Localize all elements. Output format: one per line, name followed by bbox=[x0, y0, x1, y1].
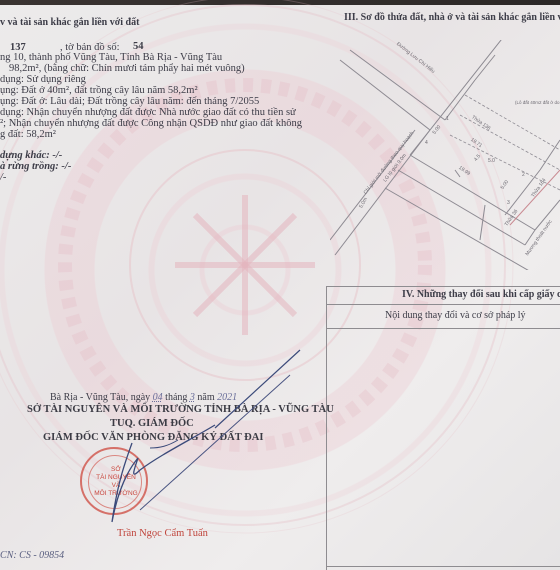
changes-table-title-row: IV. Những thay đổi sau khi cấp giấy c bbox=[327, 286, 560, 305]
map-point-1: 1 bbox=[446, 116, 449, 122]
changes-col-header: Nội dung thay đổi và cơ sở pháp lý bbox=[385, 310, 526, 322]
extra-line: /- bbox=[0, 172, 6, 184]
changes-table-header-row: Nội dung thay đổi và cơ sở pháp lý bbox=[327, 304, 560, 329]
map-dim-small-2: 5.0 bbox=[488, 158, 495, 164]
section-title-left: v và tài sản khác gắn liền với đất bbox=[0, 17, 139, 29]
map-label-note: (Lô đất 40m2 đất ở do chuyển mục đích) bbox=[515, 100, 560, 105]
changes-table-bottom-border bbox=[327, 566, 560, 567]
origin-line-3: g đất: 58,2m² bbox=[0, 129, 56, 141]
section-iii-title: III. Sơ đồ thửa đất, nhà ở và tài sản kh… bbox=[344, 12, 560, 24]
official-red-stamp: SỞ TÀI NGUYÊN VÀ MÔI TRƯỜNG bbox=[80, 447, 148, 515]
month-label: tháng bbox=[165, 392, 187, 403]
place-date-line: Bà Rịa - Vũng Tàu, ngày 04 tháng 3 năm 2… bbox=[50, 392, 237, 404]
office-title: GIÁM ĐỐC VĂN PHÒNG ĐĂNG KÝ ĐẤT ĐAI bbox=[43, 432, 263, 444]
year-label: năm bbox=[197, 392, 214, 403]
changes-table: IV. Những thay đổi sau khi cấp giấy c Nộ… bbox=[326, 286, 560, 570]
map-point-2: 2 bbox=[522, 172, 525, 178]
planted-forest: à rừng trồng: -/- bbox=[0, 161, 71, 173]
place-date-prefix: Bà Rịa - Vũng Tàu, ngày bbox=[50, 392, 150, 403]
serial-number: CN: CS - 09854 bbox=[0, 550, 64, 562]
sign-month: 3 bbox=[190, 392, 195, 403]
map-point-4: 4 bbox=[425, 140, 428, 146]
sign-year: 2021 bbox=[217, 392, 237, 403]
tuq-title: TUQ. GIÁM ĐỐC bbox=[110, 418, 194, 430]
sign-day: 04 bbox=[153, 392, 163, 403]
section-iv-title: IV. Những thay đổi sau khi cấp giấy c bbox=[402, 289, 560, 301]
signer-name: Trần Ngọc Cẩm Tuấn bbox=[117, 528, 208, 540]
parcel-sketch-map bbox=[330, 40, 560, 270]
agency-title: SỞ TÀI NGUYÊN VÀ MÔI TRƯỜNG TỈNH BÀ RỊA … bbox=[27, 404, 334, 416]
map-point-3: 3 bbox=[507, 200, 510, 206]
